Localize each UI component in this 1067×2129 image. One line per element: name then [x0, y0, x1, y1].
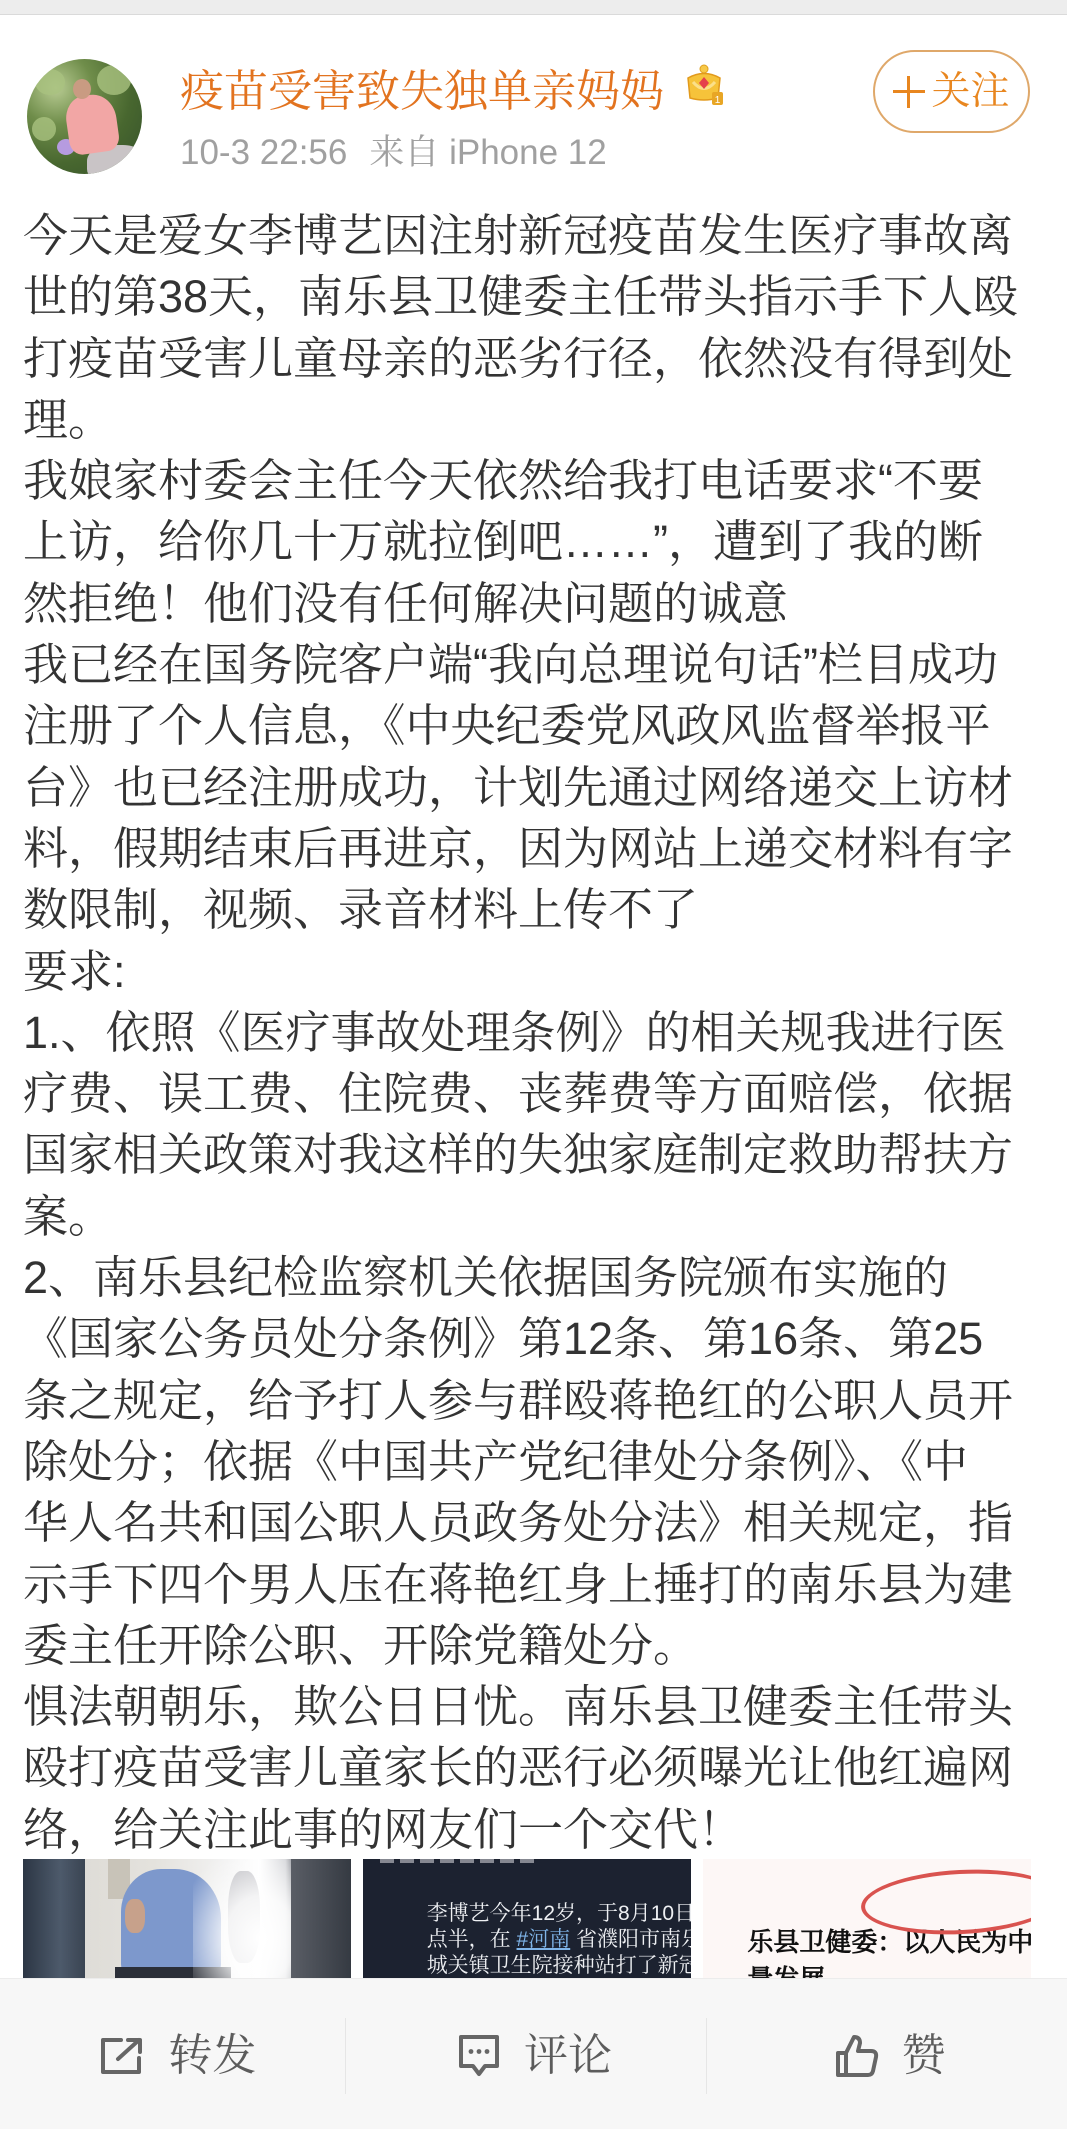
- screenshot-text-line: 李博艺今年12岁，于8月10日晚9: [380, 1875, 691, 1901]
- text-segment: 李博艺今年12岁，于8月10日晚9: [427, 1902, 691, 1925]
- repost-icon: [99, 2033, 147, 2079]
- screenshot-text: 李博艺今年12岁，于8月10日晚9 点半，在 #河南 省濮阳市南乐县 城关镇卫生…: [380, 1875, 691, 1979]
- post-text-line: 2、南乐县纪检监察机关依据国务院颁布实施的: [23, 1247, 1053, 1308]
- post-text-line: 1.、依照《医疗事故处理条例》的相关规我进行医: [23, 1002, 1053, 1063]
- post-text-line: 我娘家村委会主任今天依然给我打电话要求“不要: [23, 450, 1053, 511]
- post-text-line: 要求:: [23, 941, 1053, 1002]
- like-label: 赞: [902, 2031, 946, 2081]
- post-text-line: 数限制，视频、录音材料上传不了: [23, 879, 1053, 940]
- text-segment: 城关镇卫生院接种站打了新冠: [427, 1954, 691, 1977]
- avatar-person: [63, 92, 121, 156]
- post-body: 今天是爱女李博艺因注射新冠疫苗发生医疗事故离 世的第38天，南乐县卫健委主任带头…: [23, 205, 1053, 1860]
- action-divider: [345, 2018, 346, 2094]
- post-text-line: 打疫苗受害儿童母亲的恶劣行径，依然没有得到处: [23, 328, 1053, 389]
- avatar-foliage: [97, 65, 131, 95]
- comment-label: 评论: [524, 2031, 612, 2081]
- comment-icon: [455, 2033, 503, 2079]
- post-text-line: 《国家公务员处分条例》第12条、第16条、第25: [23, 1308, 1053, 1369]
- action-divider: [706, 2018, 707, 2094]
- text-segment: 点半，在: [427, 1928, 517, 1951]
- action-bar: 转发 评论 赞: [0, 1978, 1067, 2129]
- avatar-foliage: [35, 69, 65, 95]
- avatar-person-head: [73, 79, 91, 99]
- post-timestamp[interactable]: 10-3 22:56: [180, 133, 347, 172]
- plus-icon: [893, 76, 925, 108]
- post-text-line: 注册了个人信息，《中央纪委党风政风监督举报平: [23, 695, 1053, 756]
- post-text-line: 台》也已经注册成功，计划先通过网络递交上访材: [23, 757, 1053, 818]
- comment-button[interactable]: 评论: [356, 1982, 712, 2129]
- post-text-line: 示手下四个男人压在蒋艳红身上捶打的南乐县为建: [23, 1554, 1053, 1615]
- post-text-line: 然拒绝！他们没有任何解决问题的诚意: [23, 573, 1053, 634]
- post-text-line: 委主任开除公职、开除党籍处分。: [23, 1615, 1053, 1676]
- post-text-line: 条之规定，给予打人参与群殴蒋艳红的公职人员开: [23, 1370, 1053, 1431]
- post-text-line: 疗费、误工费、住院费、丧葬费等方面赔偿，依据: [23, 1063, 1053, 1124]
- post-text-line: 惧法朝朝乐，欺公日日忧。南乐县卫健委主任带头: [23, 1676, 1053, 1737]
- post-text-line: 上访，给你几十万就拉倒吧……”，遭到了我的断: [23, 511, 1053, 572]
- post-text-line: 华人名共和国公职人员政务处分法》相关规定，指: [23, 1492, 1053, 1553]
- crown-badge-icon[interactable]: 1: [684, 64, 724, 106]
- post-text-line: 国家相关政策对我这样的失独家庭制定救助帮扶方: [23, 1124, 1053, 1185]
- follow-button-label: 关注: [931, 72, 1009, 111]
- post-meta: 10-3 22:56来自 iPhone 12: [180, 133, 607, 173]
- post-text-line: 今天是爱女李博艺因注射新冠疫苗发生医疗事故离: [23, 205, 1053, 266]
- post-text-line: 世的第38天，南乐县卫健委主任带头指示手下人殴: [23, 266, 1053, 327]
- photo-arm: [125, 1899, 145, 1933]
- text-segment: 省濮阳市南乐县: [570, 1928, 691, 1951]
- follow-button[interactable]: 关注: [873, 50, 1030, 133]
- avatar-foliage: [32, 117, 56, 141]
- repost-label: 转发: [168, 2031, 256, 2081]
- post-source: 来自 iPhone 12: [369, 133, 606, 172]
- post-text-line: 料，假期结束后再进京，因为网站上递交材料有字: [23, 818, 1053, 879]
- post-text-line: 我已经在国务院客户端“我向总理说句话”栏目成功: [23, 634, 1053, 695]
- post-text-line: 案。: [23, 1186, 1053, 1247]
- post-text-line: 理。: [23, 389, 1053, 450]
- repost-button[interactable]: 转发: [0, 1982, 356, 2129]
- hashtag-link: #河南: [517, 1928, 571, 1951]
- post-text-line: 殴打疫苗受害儿童家长的恶行必须曝光让他红遍网: [23, 1737, 1053, 1798]
- partial-text-line: [380, 1859, 540, 1863]
- post-text-line: 除处分；依据《中国共产党纪律处分条例》、《中: [23, 1431, 1053, 1492]
- author-name[interactable]: 疫苗受害致失独单亲妈妈: [180, 66, 664, 118]
- like-button[interactable]: 赞: [711, 1982, 1067, 2129]
- avatar[interactable]: [27, 59, 142, 174]
- status-strip: [0, 0, 1067, 15]
- badge-level: 1: [715, 95, 721, 106]
- like-icon: [833, 2033, 881, 2079]
- post-text-line: 络，给关注此事的网友们一个交代！: [23, 1799, 1053, 1860]
